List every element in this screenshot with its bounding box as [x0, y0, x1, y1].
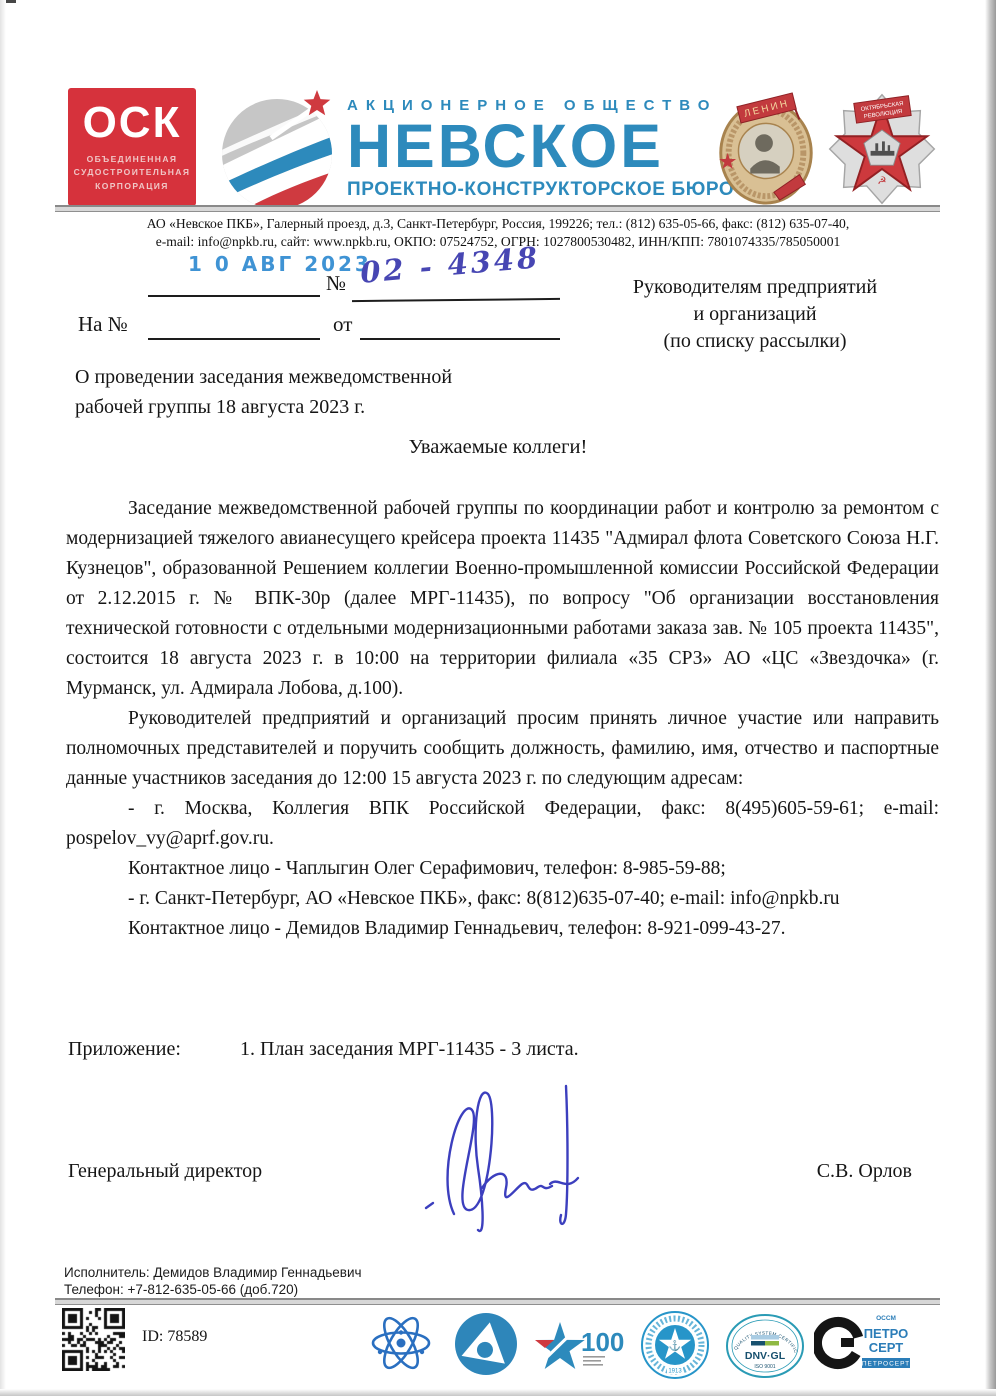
rosatom-icon — [452, 1310, 520, 1383]
subject-block: О проведении заседания межведомственной … — [75, 362, 452, 422]
letter-body: Заседание межведомственной рабочей групп… — [66, 494, 939, 944]
petrocert-icon: ОССМ ПЕТРО СЕРТ ПЕТРОСЕРТ — [814, 1310, 914, 1381]
scan-edge-bottom — [0, 1389, 996, 1396]
petrocert-bottom-label: ПЕТРОСЕРТ — [862, 1361, 910, 1368]
addressee-block: Руководителям предприятий и организаций … — [552, 274, 958, 355]
dnv-iso-label: ISO 9001 — [754, 1364, 775, 1370]
subject-line2: рабочей группы 18 августа 2023 г. — [75, 392, 452, 422]
from-underline — [360, 338, 560, 340]
osk-org-line1: ОБЪЕДИНЕННАЯ — [74, 153, 191, 166]
brand-block: АКЦИОНЕРНОЕ ОБЩЕСТВО НЕВСКОЕ ПРОЕКТНО-КО… — [347, 97, 687, 201]
subject-line1: О проведении заседания межведомственной — [75, 362, 452, 392]
signature-autograph — [420, 1080, 610, 1255]
footer-divider — [55, 1298, 940, 1305]
dnv-gl-icon: QUALITY SYSTEM CERTIFICATION DNV·GL ISO … — [724, 1310, 806, 1385]
osk-org-name: ОБЪЕДИНЕННАЯ СУДОСТРОИТЕЛЬНАЯ КОРПОРАЦИЯ — [74, 153, 191, 193]
executor-line2: Телефон: +7-812-635-05-66 (доб.720) — [64, 1281, 362, 1298]
scan-edge-right — [985, 0, 996, 1396]
on-number-underline — [148, 338, 320, 340]
petrocert-mid2-label: СЕРТ — [869, 1340, 904, 1355]
body-paragraph: - г. Москва, Коллегия ВПК Российской Фед… — [66, 794, 939, 854]
order-of-october-revolution-icon: ☭ ОКТЯБРЬСКАЯ РЕВОЛЮЦИЯ — [826, 90, 938, 213]
from-label: от — [333, 312, 352, 337]
body-paragraph: Руководителей предприятий и организаций … — [66, 704, 939, 794]
body-paragraph: Контактное лицо - Демидов Владимир Генна… — [66, 914, 939, 944]
body-paragraph: Контактное лицо - Чаплыгин Олег Серафимо… — [66, 854, 939, 884]
addressee-line3: (по списку рассылки) — [552, 328, 958, 355]
osk-org-line2: СУДОСТРОИТЕЛЬНАЯ — [74, 166, 191, 179]
petrocert-top-label: ОССМ — [876, 1315, 896, 1322]
osk-abbr: ОСК — [83, 101, 182, 145]
attachment-label: Приложение: — [68, 1038, 235, 1061]
body-paragraph: Заседание межведомственной рабочей групп… — [66, 494, 939, 704]
date-underline — [148, 295, 320, 297]
executor-line1: Исполнитель: Демидов Владимир Геннадьеви… — [64, 1264, 362, 1281]
order-of-lenin-icon: ЛЕНИН — [712, 88, 820, 211]
svg-text:⚓: ⚓ — [669, 1339, 681, 1352]
number-sign: № — [326, 271, 346, 296]
atom-icon — [368, 1310, 434, 1381]
maritime-register-icon: ⚓ 1913 — [640, 1310, 710, 1385]
qr-code — [62, 1308, 125, 1371]
body-paragraph: - г. Санкт-Петербург, АО «Невское ПКБ», … — [66, 884, 939, 914]
army-100-icon: 100 — [532, 1310, 627, 1385]
attachment-row: Приложение: 1. План заседания МРГ-11435 … — [68, 1038, 579, 1061]
letter-page: ОСК ОБЪЕДИНЕННАЯ СУДОСТРОИТЕЛЬНАЯ КОРПОР… — [0, 0, 996, 1396]
addressee-line2: и организаций — [552, 301, 958, 328]
qr-id-label: ID: 78589 — [142, 1328, 207, 1346]
dnv-name-label: DNV·GL — [745, 1350, 786, 1362]
osk-logo: ОСК ОБЪЕДИНЕННАЯ СУДОСТРОИТЕЛЬНАЯ КОРПОР… — [68, 88, 196, 206]
attachment-value: 1. План заседания МРГ-11435 - 3 листа. — [240, 1038, 579, 1060]
register-year-label: 1913 — [668, 1369, 682, 1375]
brand-subtitle: ПРОЕКТНО-КОНСТРУКТОРСКОЕ БЮРО — [347, 179, 687, 201]
petrocert-mid1-label: ПЕТРО — [864, 1326, 909, 1341]
nevskoe-globe-icon — [213, 84, 345, 219]
scan-edge-left — [0, 0, 6, 1396]
org-contact-line1: АО «Невское ПКБ», Галерный проезд, д.3, … — [0, 215, 996, 233]
signer-position: Генеральный директор — [68, 1160, 262, 1183]
brand-name: НЕВСКОЕ — [347, 115, 687, 177]
addressee-line1: Руководителям предприятий — [552, 274, 958, 301]
svg-text:☭: ☭ — [877, 176, 886, 187]
header-divider — [55, 205, 940, 212]
army-100-label: 100 — [581, 1327, 624, 1357]
signer-name: С.В. Орлов — [817, 1160, 912, 1183]
on-number-label: На № — [78, 312, 128, 337]
number-underline — [352, 298, 560, 302]
greeting: Уважаемые коллеги! — [0, 436, 996, 459]
osk-org-line3: КОРПОРАЦИЯ — [74, 180, 191, 193]
executor-block: Исполнитель: Демидов Владимир Геннадьеви… — [64, 1264, 362, 1298]
